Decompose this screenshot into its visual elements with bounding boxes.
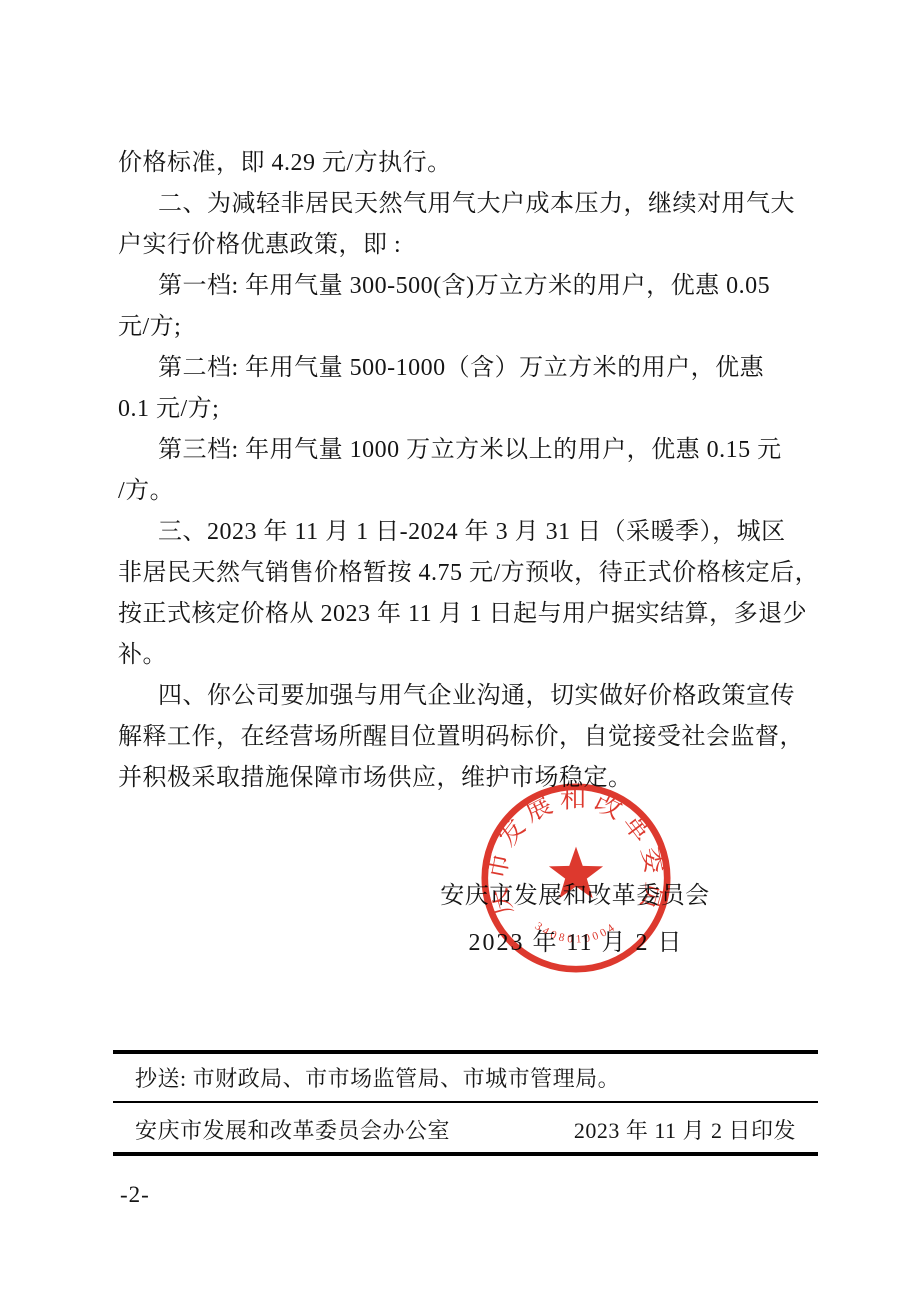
body-line: 第一档: 年用气量 300-500(含)万立方米的用户，优惠 0.05 [118,266,818,307]
footer-print-date: 2023 年 11 月 2 日印发 [574,1116,796,1146]
body-line: 0.1 元/方; [118,389,818,430]
official-seal-stamp: 安庆市发展和改革委员会 3408010004 [481,783,671,973]
body-line: /方。 [118,471,818,512]
footer-rule-bottom [113,1152,818,1156]
footer-issuer-row: 安庆市发展和改革委员会办公室 2023 年 11 月 2 日印发 [135,1116,796,1146]
document-body: 价格标准，即 4.29 元/方执行。 二、为减轻非居民天然气用气大户成本压力，继… [118,143,818,799]
body-line: 补。 [118,635,818,676]
body-line: 第三档: 年用气量 1000 万立方米以上的用户，优惠 0.15 元 [118,430,818,471]
body-line: 三、2023 年 11 月 1 日-2024 年 3 月 31 日（采暖季），城… [118,512,818,553]
svg-text:3408010004: 3408010004 [533,920,620,945]
page-number: -2- [120,1181,150,1209]
footer-issuer: 安庆市发展和改革委员会办公室 [135,1116,450,1146]
body-line: 户实行价格优惠政策，即 : [118,225,818,266]
body-line: 价格标准，即 4.29 元/方执行。 [118,143,818,184]
body-line: 元/方; [118,307,818,348]
document-page: 价格标准，即 4.29 元/方执行。 二、为减轻非居民天然气用气大户成本压力，继… [0,0,912,1290]
footer-rule-top [113,1050,818,1054]
body-line: 按正式核定价格从 2023 年 11 月 1 日起与用户据实结算，多退少 [118,594,818,635]
body-line: 第二档: 年用气量 500-1000（含）万立方米的用户，优惠 [118,348,818,389]
stamp-code-text: 3408010004 [533,920,620,945]
body-line: 非居民天然气销售价格暂按 4.75 元/方预收，待正式价格核定后， [118,553,818,594]
footer-copy-to: 抄送: 市财政局、市市场监管局、市城市管理局。 [135,1064,805,1094]
body-line: 二、为减轻非居民天然气用气大户成本压力，继续对用气大 [118,184,818,225]
body-line: 并积极采取措施保障市场供应，维护市场稳定。 [118,758,818,799]
stamp-star-icon [549,847,603,899]
body-line: 四、你公司要加强与用气企业沟通，切实做好价格政策宣传 [118,676,818,717]
footer-rule-middle [113,1101,818,1103]
body-line: 解释工作，在经营场所醒目位置明码标价，自觉接受社会监督， [118,717,818,758]
